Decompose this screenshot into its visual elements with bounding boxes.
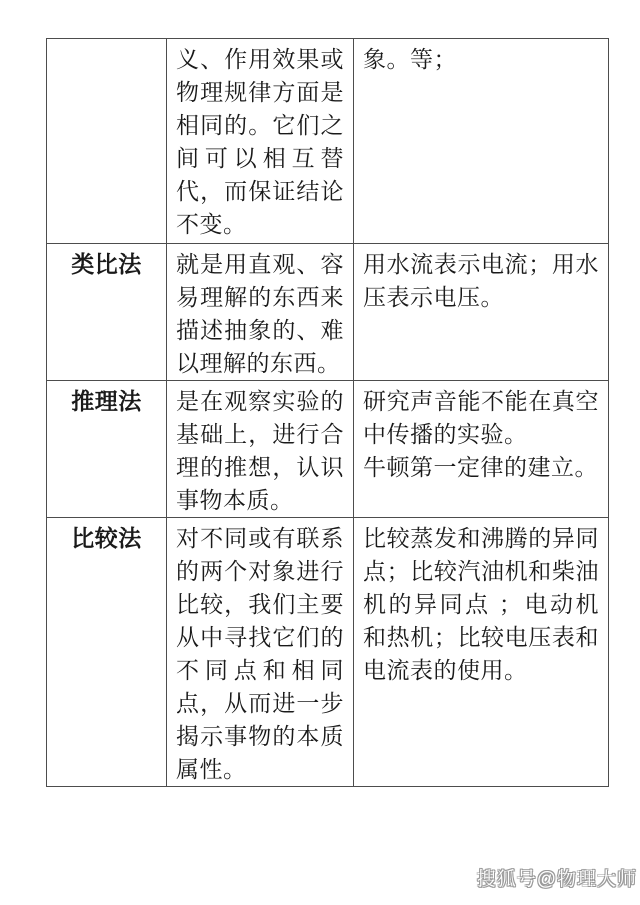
example-text: 用水流表示电流；用水压表示电压。 xyxy=(363,248,599,314)
method-example-cell: 研究声音能不能在真空中传播的实验。 牛顿第一定律的建立。 xyxy=(354,381,609,518)
method-name-cell: 比较法 xyxy=(47,518,167,787)
method-description-cell: 义、作用效果或物理规律方面是相同的。它们之间可以相互替代，而保证结论不变。 xyxy=(167,39,354,244)
method-name-label: 推理法 xyxy=(71,388,142,414)
method-name-cell: 推理法 xyxy=(47,381,167,518)
watermark-text: 搜狐号@物理大师 xyxy=(477,869,637,890)
method-description-cell: 就是用直观、容易理解的东西来描述抽象的、难以理解的东西。 xyxy=(167,244,354,381)
method-name-label: 比较法 xyxy=(71,525,142,551)
description-text: 对不同或有联系的两个对象进行比较，我们主要从中寻找它们的不同点和相同点，从而进一… xyxy=(176,522,344,786)
example-text: 象。等； xyxy=(363,43,599,76)
method-name-cell xyxy=(47,39,167,244)
description-text: 是在观察实验的基础上，进行合理的推想，认识事物本质。 xyxy=(176,385,344,517)
physics-methods-table: 义、作用效果或物理规律方面是相同的。它们之间可以相互替代，而保证结论不变。 象。… xyxy=(46,38,609,787)
method-name-label: 类比法 xyxy=(71,251,142,277)
example-text: 比较蒸发和沸腾的异同点；比较汽油机和柴油机的异同点 ；电动机和热机；比较电压表和… xyxy=(363,522,599,687)
table-row-continuation: 义、作用效果或物理规律方面是相同的。它们之间可以相互替代，而保证结论不变。 象。… xyxy=(47,39,609,244)
method-description-cell: 是在观察实验的基础上，进行合理的推想，认识事物本质。 xyxy=(167,381,354,518)
table-row-comparison-method: 比较法 对不同或有联系的两个对象进行比较，我们主要从中寻找它们的不同点和相同点，… xyxy=(47,518,609,787)
description-text: 义、作用效果或物理规律方面是相同的。它们之间可以相互替代，而保证结论不变。 xyxy=(176,43,344,241)
sohu-watermark: 搜狐号@物理大师 xyxy=(477,864,637,891)
description-text: 就是用直观、容易理解的东西来描述抽象的、难以理解的东西。 xyxy=(176,248,344,380)
method-description-cell: 对不同或有联系的两个对象进行比较，我们主要从中寻找它们的不同点和相同点，从而进一… xyxy=(167,518,354,787)
example-text: 牛顿第一定律的建立。 xyxy=(363,451,599,484)
method-name-cell: 类比法 xyxy=(47,244,167,381)
table-row-reasoning-method: 推理法 是在观察实验的基础上，进行合理的推想，认识事物本质。 研究声音能不能在真… xyxy=(47,381,609,518)
document-page: 义、作用效果或物理规律方面是相同的。它们之间可以相互替代，而保证结论不变。 象。… xyxy=(0,0,640,905)
table-row-analogy-method: 类比法 就是用直观、容易理解的东西来描述抽象的、难以理解的东西。 用水流表示电流… xyxy=(47,244,609,381)
method-example-cell: 比较蒸发和沸腾的异同点；比较汽油机和柴油机的异同点 ；电动机和热机；比较电压表和… xyxy=(354,518,609,787)
method-example-cell: 用水流表示电流；用水压表示电压。 xyxy=(354,244,609,381)
method-example-cell: 象。等； xyxy=(354,39,609,244)
example-text: 研究声音能不能在真空中传播的实验。 xyxy=(363,385,599,451)
